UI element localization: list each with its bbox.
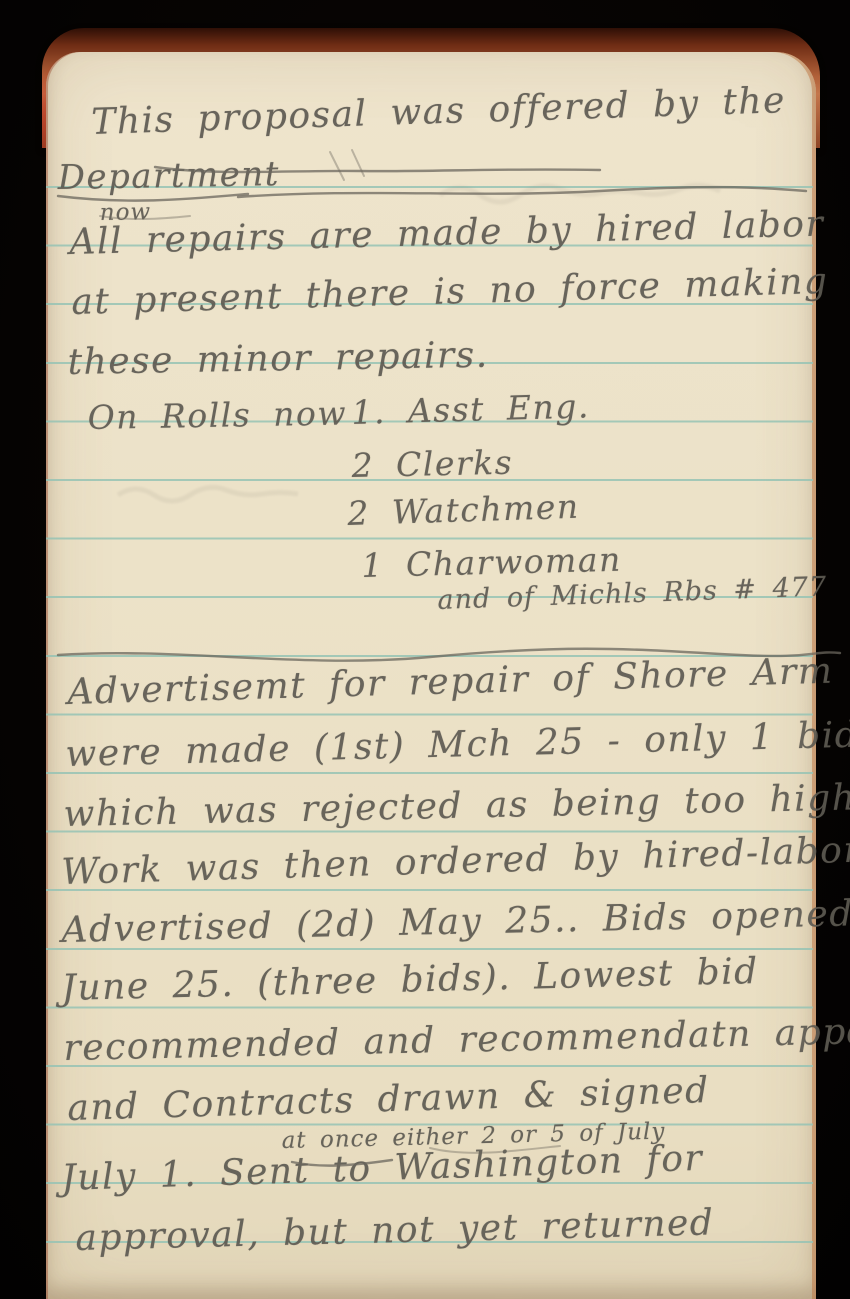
handwriting-line: these minor repairs. [67,335,489,383]
roster-item: 2 Watchmen [347,487,580,533]
notebook-photo: This proposal was offered by the Departm… [0,0,850,1299]
roster-label: On Rolls now [87,393,347,437]
roster-item: 1. Asst Eng. [351,386,590,432]
handwriting-line: Department [57,154,280,198]
ghost-writing [110,470,370,520]
ghost-writing [430,165,810,225]
roster-item: 2 Clerks [351,443,513,485]
roster-item: 1 Charwoman [361,540,622,585]
